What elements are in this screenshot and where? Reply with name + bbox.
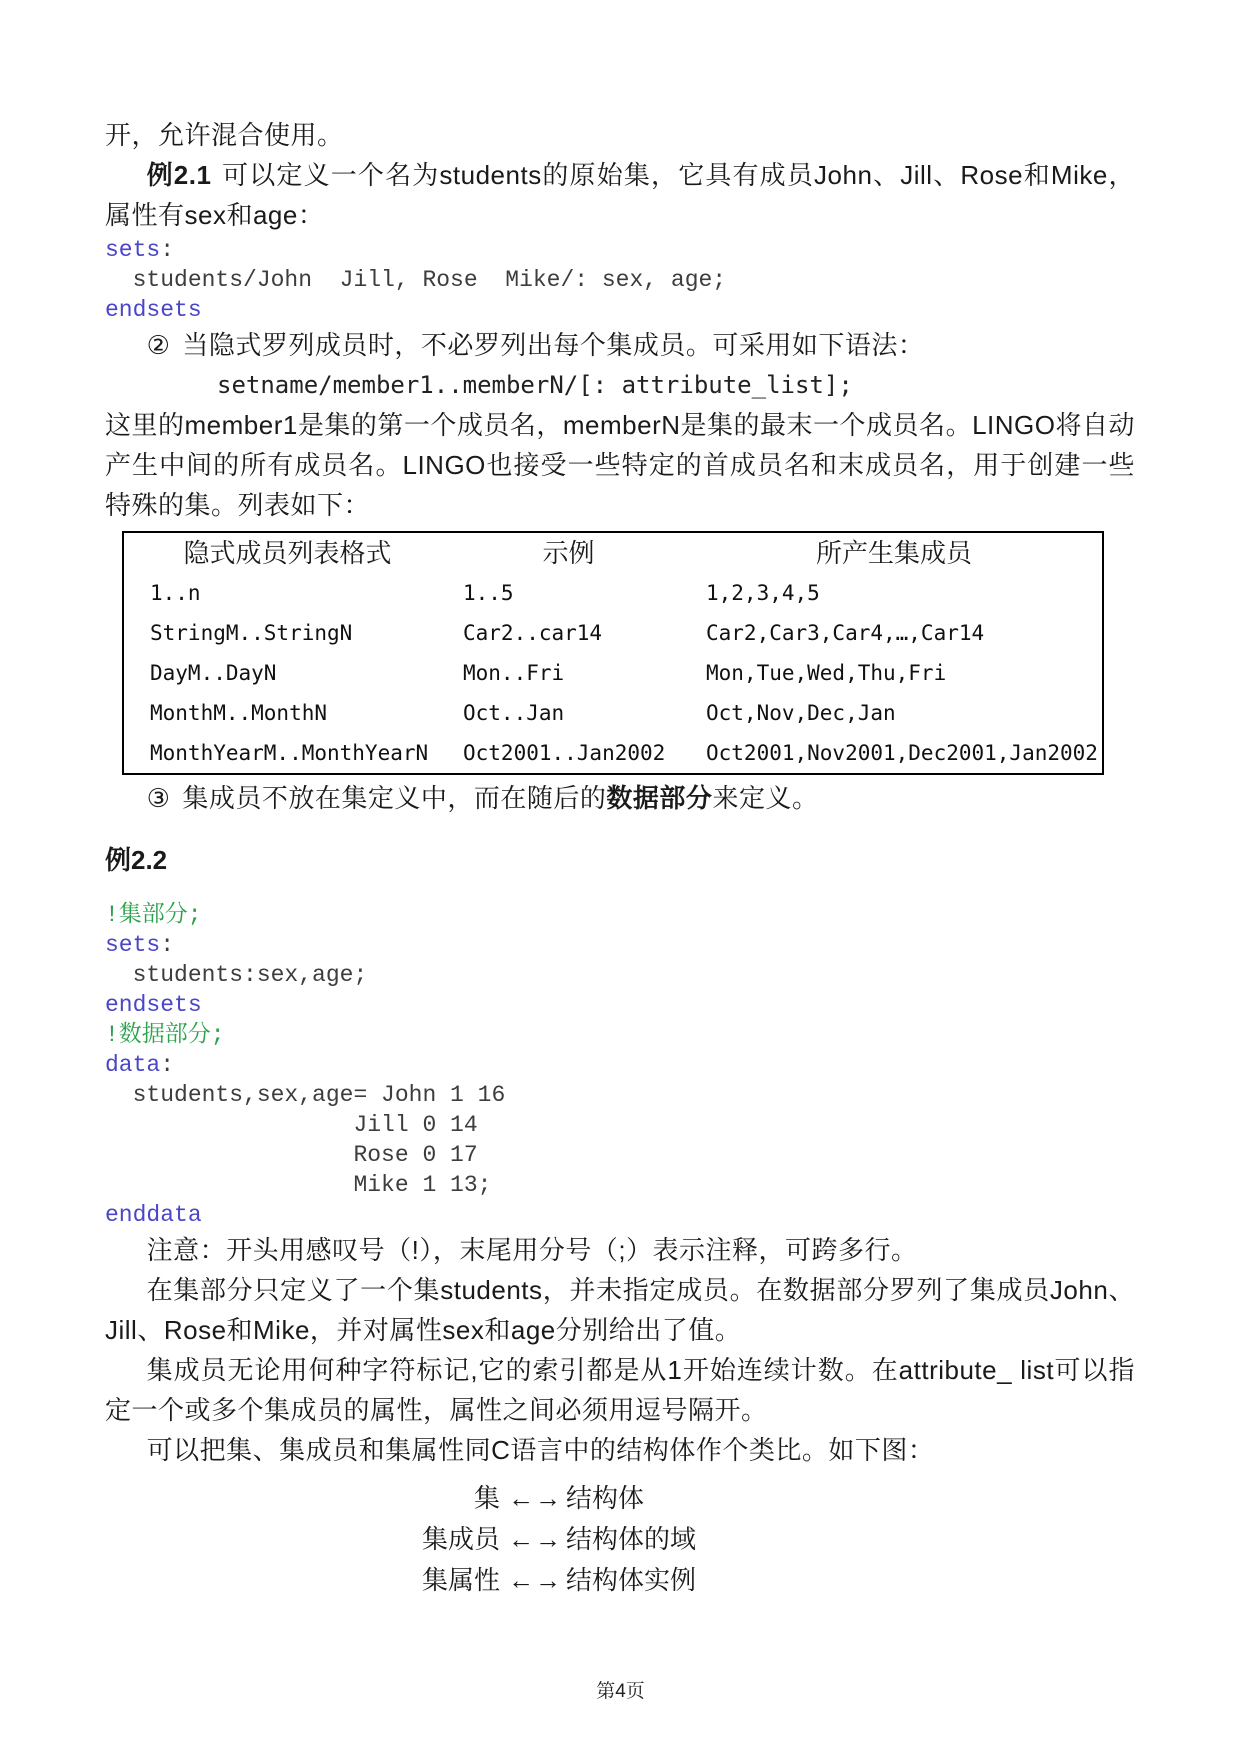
code-keyword: sets xyxy=(105,237,160,263)
code-text: students/John Jill, Rose Mike/: sex, age… xyxy=(105,267,726,293)
code-text: : xyxy=(160,932,174,958)
analogy-left-term: 集 xyxy=(105,1478,500,1519)
code-line: students,sex,age= John 1 16 xyxy=(105,1080,1135,1110)
example-2-1-label: 例2.1 xyxy=(147,160,212,190)
table-cell-example: Oct..Jan xyxy=(451,693,686,733)
document-page: { "colors": { "keyword": "#4a46c8", "com… xyxy=(0,0,1241,1754)
table-cell-format: StringM..StringN xyxy=(124,613,451,653)
analogy-right-term: 结构体实例 xyxy=(566,1560,696,1601)
code-text: students:sex,age; xyxy=(105,962,367,988)
table-cell-example: Mon..Fri xyxy=(451,653,686,693)
code-line: endsets xyxy=(105,295,1135,325)
analogy-left-term: 集属性 xyxy=(105,1560,500,1601)
code-text: Rose 0 17 xyxy=(105,1142,478,1168)
list-item-3: ③集成员不放在集定义中，而在随后的数据部分来定义。 xyxy=(105,778,1135,818)
paragraph-analogy-intro-text: 可以把集、集成员和集属性同C语言中的结构体作个类比。如下图： xyxy=(147,1435,935,1465)
list-item-2-text: 当隐式罗列成员时，不必罗列出每个集成员。可采用如下语法： xyxy=(182,330,924,360)
table-row: DayM..DayN Mon..Fri Mon,Tue,Wed,Thu,Fri xyxy=(124,653,1102,693)
table-cell-example: Car2..car14 xyxy=(451,613,686,653)
code-keyword: endsets xyxy=(105,297,202,323)
example-2-2-heading: 例2.2 xyxy=(105,840,1135,880)
code-text: Jill 0 14 xyxy=(105,1112,478,1138)
analogy-right-term: 结构体 xyxy=(566,1478,644,1519)
paragraph-sets-part: 在集部分只定义了一个集students，并未指定成员。在数据部分罗列了集成员Jo… xyxy=(105,1270,1135,1350)
syntax-line: setname/member1..memberN/[: attribute_li… xyxy=(105,365,1135,405)
table-row: 1..n 1..5 1,2,3,4,5 xyxy=(124,573,1102,613)
table-cell-format: DayM..DayN xyxy=(124,653,451,693)
table-cell-generated: Oct2001,Nov2001,Dec2001,Jan2002 xyxy=(686,733,1102,773)
analogy-diagram: 集 ←→ 结构体 集成员 ←→ 结构体的域 集属性 ←→ 结构体实例 xyxy=(105,1478,1135,1601)
code-line: Mike 1 13; xyxy=(105,1170,1135,1200)
paragraph-member-names-text: 这里的member1是集的第一个成员名，memberN是集的最末一个成员名。LI… xyxy=(105,410,1135,520)
code-line: students:sex,age; xyxy=(105,960,1135,990)
table-cell-format: MonthYearM..MonthYearN xyxy=(124,733,451,773)
table-header-format: 隐式成员列表格式 xyxy=(124,533,451,573)
code-line: Rose 0 17 xyxy=(105,1140,1135,1170)
table-cell-format: 1..n xyxy=(124,573,451,613)
code-text: students,sex,age= John 1 16 xyxy=(105,1082,505,1108)
paragraph-note-text: 注意：开头用感叹号（!），末尾用分号（;）表示注释，可跨多行。 xyxy=(147,1235,918,1265)
table-header-example: 示例 xyxy=(451,533,686,573)
table-row: MonthYearM..MonthYearN Oct2001..Jan2002 … xyxy=(124,733,1102,773)
double-arrow-icon: ←→ xyxy=(508,1519,556,1560)
table-row: StringM..StringN Car2..car14 Car2,Car3,C… xyxy=(124,613,1102,653)
code-line: sets: xyxy=(105,930,1135,960)
code-text: : xyxy=(160,237,174,263)
code-text: : xyxy=(160,1052,174,1078)
list-item-2: ②当隐式罗列成员时，不必罗列出每个集成员。可采用如下语法： xyxy=(105,325,1135,365)
analogy-row: 集 ←→ 结构体 xyxy=(105,1478,1135,1519)
code-line: endsets xyxy=(105,990,1135,1020)
code-keyword: sets xyxy=(105,932,160,958)
table-row: MonthM..MonthN Oct..Jan Oct,Nov,Dec,Jan xyxy=(124,693,1102,733)
code-comment: !数据部分; xyxy=(105,1022,225,1048)
code-keyword: enddata xyxy=(105,1202,202,1228)
table-cell-format: MonthM..MonthN xyxy=(124,693,451,733)
code-line: enddata xyxy=(105,1200,1135,1230)
list-item-3-text-pre: 集成员不放在集定义中，而在随后的 xyxy=(182,783,606,813)
paragraph-note: 注意：开头用感叹号（!），末尾用分号（;）表示注释，可跨多行。 xyxy=(105,1230,1135,1270)
analogy-row: 集属性 ←→ 结构体实例 xyxy=(105,1560,1135,1601)
table-cell-example: Oct2001..Jan2002 xyxy=(451,733,686,773)
code-comment: !集部分; xyxy=(105,902,202,928)
analogy-row: 集成员 ←→ 结构体的域 xyxy=(105,1519,1135,1560)
code-line: students/John Jill, Rose Mike/: sex, age… xyxy=(105,265,1135,295)
code-text: Mike 1 13; xyxy=(105,1172,491,1198)
list-item-3-text-bold: 数据部分 xyxy=(606,783,712,813)
code-line: !集部分; xyxy=(105,900,1135,930)
paragraph-member-names: 这里的member1是集的第一个成员名，memberN是集的最末一个成员名。LI… xyxy=(105,405,1135,525)
code-line: sets: xyxy=(105,235,1135,265)
circled-3-marker: ③ xyxy=(147,783,171,813)
code-block-example-2-2: !集部分; sets: students:sex,age; endsets !数… xyxy=(105,900,1135,1230)
table-cell-generated: Mon,Tue,Wed,Thu,Fri xyxy=(686,653,1102,693)
code-line: Jill 0 14 xyxy=(105,1110,1135,1140)
implicit-member-table: 隐式成员列表格式 示例 所产生集成员 1..n 1..5 1,2,3,4,5 S… xyxy=(122,531,1104,775)
code-keyword: endsets xyxy=(105,992,202,1018)
paragraph-index: 集成员无论用何种字符标记,它的索引都是从1开始连续计数。在attribute_ … xyxy=(105,1350,1135,1430)
paragraph-analogy-intro: 可以把集、集成员和集属性同C语言中的结构体作个类比。如下图： xyxy=(105,1430,1135,1470)
double-arrow-icon: ←→ xyxy=(508,1560,556,1601)
code-block-explicit-set: sets: students/John Jill, Rose Mike/: se… xyxy=(105,235,1135,325)
table-cell-generated: Car2,Car3,Car4,…,Car14 xyxy=(686,613,1102,653)
code-line: !数据部分; xyxy=(105,1020,1135,1050)
table-header-generated: 所产生集成员 xyxy=(686,533,1102,573)
circled-2-marker: ② xyxy=(147,330,171,360)
code-keyword: data xyxy=(105,1052,160,1078)
page-number: 第4页 xyxy=(0,1676,1241,1703)
table-cell-generated: 1,2,3,4,5 xyxy=(686,573,1102,613)
double-arrow-icon: ←→ xyxy=(508,1478,556,1519)
table-cell-generated: Oct,Nov,Dec,Jan xyxy=(686,693,1102,733)
paragraph-index-text: 集成员无论用何种字符标记,它的索引都是从1开始连续计数。在attribute_ … xyxy=(105,1355,1135,1425)
code-line: data: xyxy=(105,1050,1135,1080)
paragraph-mixed-use-text: 开，允许混合使用。 xyxy=(105,120,344,150)
list-item-3-text-post: 来定义。 xyxy=(712,783,818,813)
analogy-left-term: 集成员 xyxy=(105,1519,500,1560)
table-cell-example: 1..5 xyxy=(451,573,686,613)
paragraph-sets-part-text: 在集部分只定义了一个集students，并未指定成员。在数据部分罗列了集成员Jo… xyxy=(105,1275,1135,1345)
table-header-row: 隐式成员列表格式 示例 所产生集成员 xyxy=(124,533,1102,573)
paragraph-example-2-1: 例2.1可以定义一个名为students的原始集，它具有成员John、Jill、… xyxy=(105,155,1135,235)
analogy-right-term: 结构体的域 xyxy=(566,1519,696,1560)
page-content: 开，允许混合使用。 例2.1可以定义一个名为students的原始集，它具有成员… xyxy=(0,0,1241,1601)
example-2-1-text: 可以定义一个名为students的原始集，它具有成员John、Jill、Rose… xyxy=(105,160,1135,230)
paragraph-mixed-use: 开，允许混合使用。 xyxy=(105,115,1135,155)
